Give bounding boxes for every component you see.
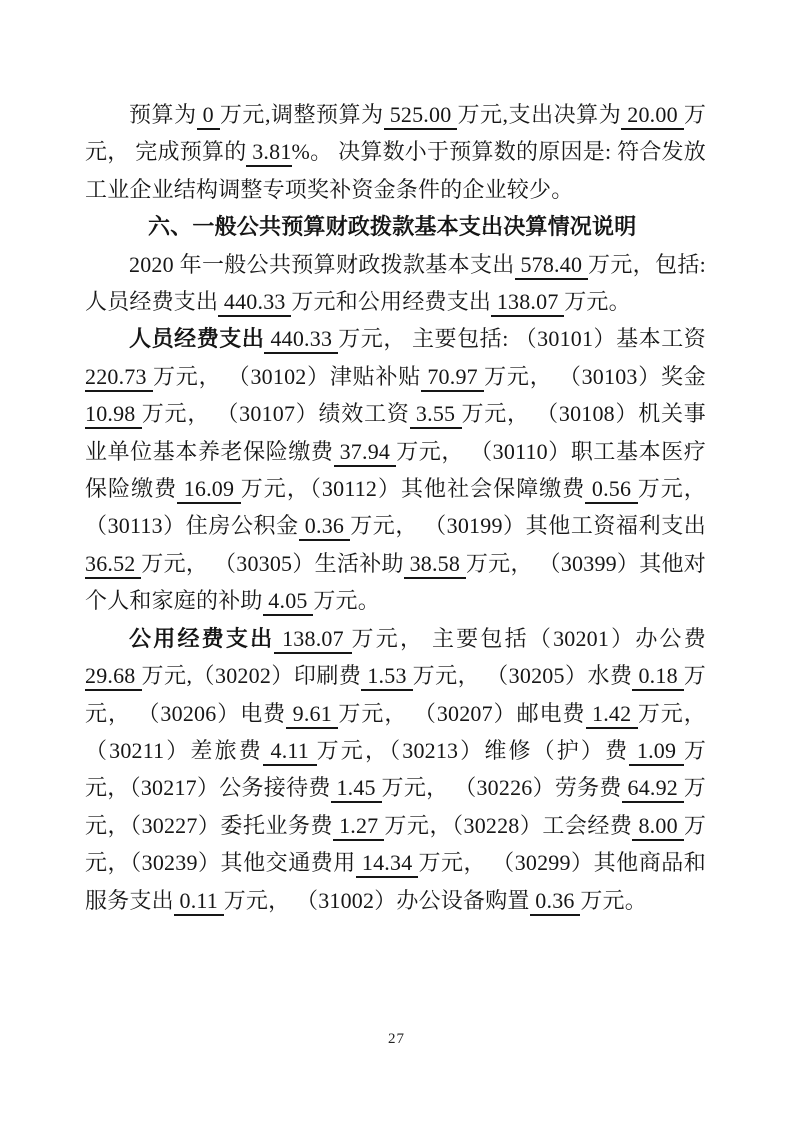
para-project-budget-result: 预算为 0 万元,调整预算为 525.00 万元,支出决算为 20.00 万元，…	[85, 96, 706, 208]
text-run: 万元,调整预算为	[220, 102, 384, 127]
underlined-value: 578.40	[515, 252, 588, 280]
text-run: 万元， 主要包括（30201）办公费	[352, 626, 706, 651]
para-public-expenses: 公用经费支出 138.07 万元， 主要包括（30201）办公费 29.68 万…	[85, 620, 706, 919]
document-page: 预算为 0 万元,调整预算为 525.00 万元,支出决算为 20.00 万元，…	[0, 0, 793, 1122]
text-run: 万元， （30107）绩效工资	[142, 401, 410, 426]
underlined-value: 4.05	[263, 588, 314, 616]
underlined-value: 1.45	[331, 775, 382, 803]
underlined-value: 9.61	[286, 701, 338, 729]
underlined-value: 0.36	[530, 888, 581, 916]
underlined-value: 525.00	[384, 102, 458, 130]
document-body: 预算为 0 万元,调整预算为 525.00 万元,支出决算为 20.00 万元，…	[85, 96, 706, 919]
underlined-value: 0.18	[632, 663, 683, 691]
text-run: 万元， （30199）其他工资福利支出	[350, 513, 706, 538]
underlined-value: 70.97	[421, 364, 484, 392]
underlined-value: 10.98	[85, 401, 142, 429]
text-run: 万元。	[313, 588, 380, 613]
underlined-value: 0.56	[585, 476, 637, 504]
text-run: 万元， （30103）奖金	[484, 364, 706, 389]
text-run: 万元，（30213）维修（护）费	[317, 738, 630, 763]
bold-text-run: 公用经费支出	[129, 626, 274, 651]
text-run: 2020 年一般公共预算财政拨款基本支出	[129, 252, 515, 277]
text-run: 万元， 主要包括: （30101）基本工资	[338, 326, 706, 351]
section-heading: 六、一般公共预算财政拨款基本支出决算情况说明	[85, 208, 706, 245]
underlined-value: 440.33	[218, 289, 291, 317]
para-personnel-expenses: 人员经费支出 440.33 万元， 主要包括: （30101）基本工资 220.…	[85, 320, 706, 619]
underlined-value: 14.34	[356, 850, 419, 878]
underlined-value: 8.00	[632, 813, 683, 841]
text-run: 万元，（30228）工会经费	[384, 813, 632, 838]
text-run: 万元,支出决算为	[457, 102, 621, 127]
underlined-value: 138.07	[491, 289, 564, 317]
text-run: 万元， （30205）水费	[413, 663, 633, 688]
underlined-value: 220.73	[85, 364, 153, 392]
text-run: 万元。	[580, 888, 647, 913]
text-run: 六、一般公共预算财政拨款基本支出决算情况说明	[148, 214, 636, 239]
text-run: 万元， （30102）津贴补贴	[153, 364, 421, 389]
underlined-value: 1.53	[361, 663, 412, 691]
underlined-value: 36.52	[85, 551, 141, 579]
underlined-value: 4.11	[263, 738, 317, 766]
para-basic-expenditure-summary: 2020 年一般公共预算财政拨款基本支出 578.40 万元，包括: 人员经费支…	[85, 246, 706, 321]
text-run: 万元和公用经费支出	[291, 289, 491, 314]
underlined-value: 20.00	[621, 102, 684, 130]
text-run: 万元,（30202）印刷费	[142, 663, 362, 688]
underlined-value: 0	[197, 102, 220, 130]
underlined-value: 38.58	[404, 551, 466, 579]
underlined-value: 29.68	[85, 663, 142, 691]
text-run: 万元。	[564, 289, 631, 314]
underlined-value: 3.81	[246, 139, 291, 167]
text-run: 万元， （30207）邮电费	[338, 701, 585, 726]
underlined-value: 0.36	[299, 513, 350, 541]
underlined-value: 64.92	[622, 775, 684, 803]
underlined-value: 1.09	[629, 738, 684, 766]
underlined-value: 440.33	[264, 326, 338, 354]
bold-text-run: 人员经费支出	[129, 326, 264, 351]
text-run: 万元， （30305）生活补助	[141, 551, 404, 576]
text-run: 预算为	[129, 102, 197, 127]
page-number: 27	[0, 1031, 793, 1048]
underlined-value: 0.11	[174, 888, 224, 916]
underlined-value: 16.09	[177, 476, 241, 504]
underlined-value: 3.55	[410, 401, 462, 429]
underlined-value: 138.07	[274, 626, 351, 654]
text-run: 万元， （31002）办公设备购置	[224, 888, 530, 913]
underlined-value: 1.27	[333, 813, 384, 841]
text-run: 万元，（30112）其他社会保障缴费	[241, 476, 586, 501]
underlined-value: 37.94	[334, 439, 397, 467]
underlined-value: 1.42	[586, 701, 638, 729]
text-run: 万元， （30226）劳务费	[382, 775, 622, 800]
